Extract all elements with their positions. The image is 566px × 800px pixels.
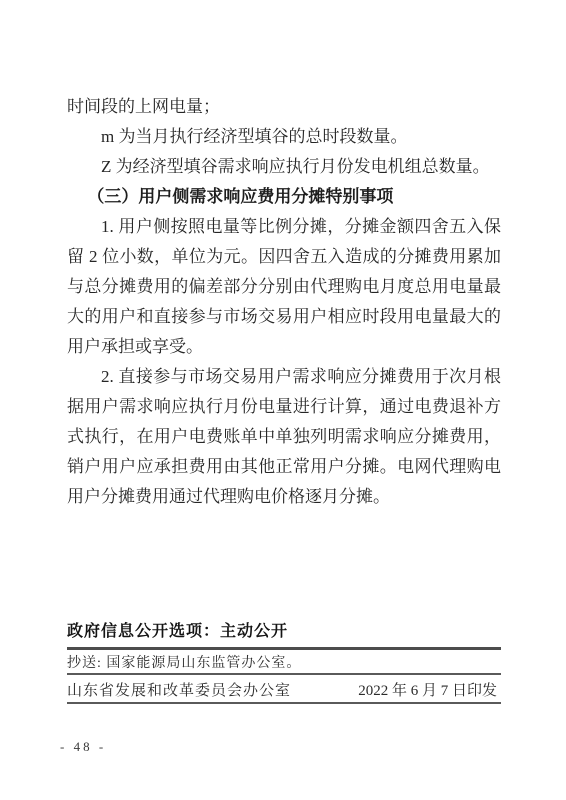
issuing-office: 山东省发展和改革委员会办公室: [67, 679, 291, 700]
paragraph-definition-z: Z 为经济型填谷需求响应执行月份发电机组总数量。: [67, 152, 501, 182]
paragraph-item-1: 1. 用户侧按照电量等比例分摊，分摊金额四舍五入保留 2 位小数，单位为元。因四…: [67, 212, 501, 362]
issuer-row: 山东省发展和改革委员会办公室 2022 年 6 月 7 日印发: [67, 679, 501, 700]
footer-divider-middle: [67, 673, 501, 675]
document-page: 时间段的上网电量； m 为当月执行经济型填谷的总时段数量。 Z 为经济型填谷需求…: [0, 0, 566, 800]
page-number: - 48 -: [60, 739, 106, 755]
footer-divider-bottom: [67, 702, 501, 704]
cc-line: 抄送: 国家能源局山东监管办公室。: [67, 652, 501, 672]
print-date: 2022 年 6 月 7 日印发: [358, 679, 501, 700]
section-heading: （三）用户侧需求响应费用分摊特别事项: [67, 182, 501, 212]
footer-divider-top: [67, 647, 501, 650]
disclosure-option-line: 政府信息公开选项：主动公开: [67, 618, 501, 641]
paragraph-definition-m: m 为当月执行经济型填谷的总时段数量。: [67, 122, 501, 152]
document-body: 时间段的上网电量； m 为当月执行经济型填谷的总时段数量。 Z 为经济型填谷需求…: [67, 92, 501, 512]
paragraph-item-2: 2. 直接参与市场交易用户需求响应分摊费用于次月根据用户需求响应执行月份电量进行…: [67, 362, 501, 512]
paragraph-continued: 时间段的上网电量；: [67, 92, 501, 122]
